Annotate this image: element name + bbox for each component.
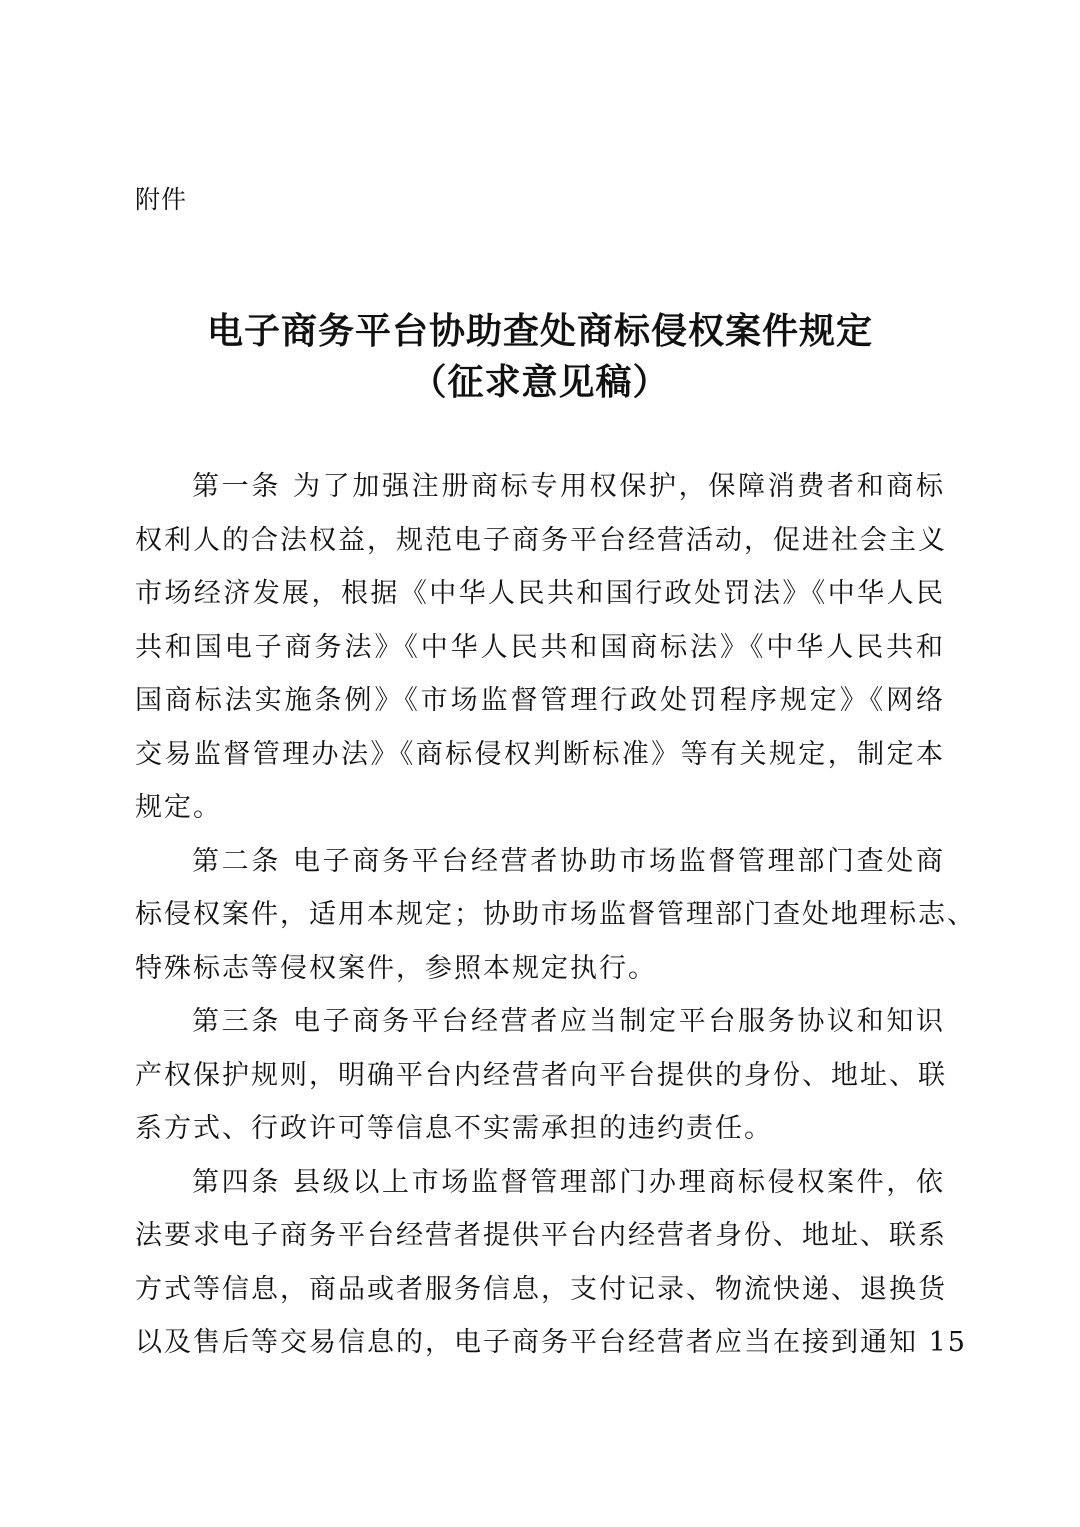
article-line: 系方式、行政许可等信息不实需承担的违约责任。 bbox=[135, 1102, 945, 1156]
article-line: 第三条电子商务平台经营者应当制定平台服务协议和知识 bbox=[135, 995, 945, 1049]
article-line: 方式等信息，商品或者服务信息，支付记录、物流快递、退换货 bbox=[135, 1263, 945, 1317]
article-2: 第二条电子商务平台经营者协助市场监督管理部门查处商 标侵权案件，适用本规定；协助… bbox=[135, 835, 945, 996]
document-body: 第一条为了加强注册商标专用权保护，保障消费者和商标 权利人的合法权益，规范电子商… bbox=[135, 460, 945, 1370]
article-line: 以及售后等交易信息的，电子商务平台经营者应当在接到通知 15 bbox=[135, 1316, 945, 1370]
article-line: 权利人的合法权益，规范电子商务平台经营活动，促进社会主义 bbox=[135, 514, 945, 568]
article-number: 第一条 bbox=[192, 471, 281, 502]
article-line: 第一条为了加强注册商标专用权保护，保障消费者和商标 bbox=[135, 460, 945, 514]
article-number: 第二条 bbox=[192, 846, 281, 877]
document-page: 附件 电子商务平台协助查处商标侵权案件规定 （征求意见稿） 第一条为了加强注册商… bbox=[0, 0, 1080, 1527]
article-number: 第四条 bbox=[192, 1167, 281, 1198]
document-subtitle: （征求意见稿） bbox=[0, 360, 1080, 404]
attachment-label: 附件 bbox=[135, 183, 187, 217]
article-line: 产权保护规则，明确平台内经营者向平台提供的身份、地址、联 bbox=[135, 1049, 945, 1103]
article-line: 标侵权案件，适用本规定；协助市场监督管理部门查处地理标志、 bbox=[135, 888, 945, 942]
document-title: 电子商务平台协助查处商标侵权案件规定 bbox=[0, 309, 1080, 353]
article-text: 为了加强注册商标专用权保护，保障消费者和商标 bbox=[293, 471, 945, 502]
article-4: 第四条县级以上市场监督管理部门办理商标侵权案件，依 法要求电子商务平台经营者提供… bbox=[135, 1156, 945, 1370]
article-text: 县级以上市场监督管理部门办理商标侵权案件，依 bbox=[293, 1167, 945, 1198]
article-line: 特殊标志等侵权案件，参照本规定执行。 bbox=[135, 942, 945, 996]
article-line: 第四条县级以上市场监督管理部门办理商标侵权案件，依 bbox=[135, 1156, 945, 1210]
article-line: 第二条电子商务平台经营者协助市场监督管理部门查处商 bbox=[135, 835, 945, 889]
article-number: 第三条 bbox=[192, 1006, 281, 1037]
article-text: 电子商务平台经营者应当制定平台服务协议和知识 bbox=[293, 1006, 945, 1037]
article-3: 第三条电子商务平台经营者应当制定平台服务协议和知识 产权保护规则，明确平台内经营… bbox=[135, 995, 945, 1156]
article-1: 第一条为了加强注册商标专用权保护，保障消费者和商标 权利人的合法权益，规范电子商… bbox=[135, 460, 945, 835]
article-line: 法要求电子商务平台经营者提供平台内经营者身份、地址、联系 bbox=[135, 1209, 945, 1263]
article-line: 市场经济发展，根据《中华人民共和国行政处罚法》《中华人民 bbox=[135, 567, 945, 621]
article-line: 国商标法实施条例》《市场监督管理行政处罚程序规定》《网络 bbox=[135, 674, 945, 728]
article-text: 电子商务平台经营者协助市场监督管理部门查处商 bbox=[293, 846, 945, 877]
article-line: 交易监督管理办法》《商标侵权判断标准》等有关规定，制定本 bbox=[135, 728, 945, 782]
article-line: 规定。 bbox=[135, 781, 945, 835]
article-line: 共和国电子商务法》《中华人民共和国商标法》《中华人民共和 bbox=[135, 621, 945, 675]
